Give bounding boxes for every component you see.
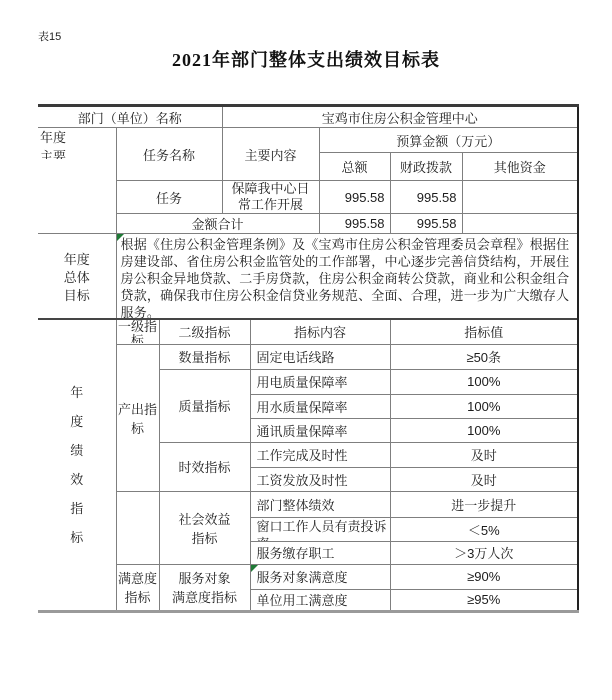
level1-group-output: 产出指标 xyxy=(116,344,159,491)
task-row-other xyxy=(462,181,578,214)
page-title: 2021年部门整体支出绩效目标表 xyxy=(0,46,612,72)
sum-row-other xyxy=(462,214,578,234)
indicator-content: 部门整体绩效 xyxy=(250,491,390,517)
level1-header: 一级指标 xyxy=(116,319,159,344)
main-content-header: 主要内容 xyxy=(222,128,319,181)
col-header-fiscal: 财政拨款 xyxy=(390,153,462,181)
indicator-content: 单位用工满意度 xyxy=(250,589,390,611)
task-row-total: 995.58 xyxy=(319,181,390,214)
indicator-value: 及时 xyxy=(390,467,578,491)
task-row-content: 保障我中心日常工作开展 xyxy=(222,181,319,214)
indicator-value: ≥50条 xyxy=(390,344,578,369)
value-header: 指标值 xyxy=(390,319,578,344)
sum-row-label: 金额合计 xyxy=(116,214,319,234)
task-row-fiscal: 995.58 xyxy=(390,181,462,214)
indicator-content: 工资发放及时性 xyxy=(250,467,390,491)
level2-group-target-satisfaction: 服务对象 满意度指标 xyxy=(159,564,250,611)
col-header-other: 其他资金 xyxy=(462,153,578,181)
indicator-value: 100% xyxy=(390,394,578,418)
indicator-content: 用电质量保障率 xyxy=(250,369,390,394)
col-header-total: 总额 xyxy=(319,153,390,181)
level2-group-timeliness: 时效指标 xyxy=(159,442,250,491)
indicator-content: 工作完成及时性 xyxy=(250,442,390,467)
annual-goal-label: 年度 总体 目标 xyxy=(38,234,116,322)
level2-group-quantity: 数量指标 xyxy=(159,344,250,369)
indicator-value: ＜5% xyxy=(390,517,578,541)
performance-indicator-table: 年 度 绩 效 指 标 一级指标 二级指标 指标内容 指标值 产出指标 数量指标… xyxy=(38,318,579,613)
content-header: 指标内容 xyxy=(250,319,390,344)
dept-name-label: 部门（单位）名称 xyxy=(38,106,222,128)
indicator-value: 100% xyxy=(390,369,578,394)
annual-goal-text: 根据《住房公积金管理条例》及《宝鸡市住房公积金管理委员会章程》根据住房建设部、省… xyxy=(116,234,578,322)
budget-amount-header: 预算金额（万元） xyxy=(319,128,578,153)
indicator-value: ≥90% xyxy=(390,564,578,589)
indicator-content: 服务缴存职工 xyxy=(250,541,390,564)
indicator-value: ＞3万人次 xyxy=(390,541,578,564)
indicator-content: 通讯质量保障率 xyxy=(250,418,390,442)
indicator-value: 及时 xyxy=(390,442,578,467)
indicator-content: 窗口工作人员有责投诉率 xyxy=(250,517,390,541)
level2-group-social: 社会效益 指标 xyxy=(159,491,250,564)
level2-header: 二级指标 xyxy=(159,319,250,344)
indicator-content: 固定电话线路 xyxy=(250,344,390,369)
indicator-content: 用水质量保障率 xyxy=(250,394,390,418)
comment-marker-icon xyxy=(251,565,258,572)
indicator-value: 100% xyxy=(390,418,578,442)
document-page: 表15 2021年部门整体支出绩效目标表 部门（单位）名称 宝鸡市住房公积金管理… xyxy=(0,0,612,700)
annual-performance-label: 年 度 绩 效 指 标 xyxy=(38,319,116,611)
indicator-value: ≥95% xyxy=(390,589,578,611)
task-name-header: 任务名称 xyxy=(116,128,222,181)
annual-task-label: 年度 主要 任务 xyxy=(38,128,116,234)
comment-marker-icon xyxy=(117,234,124,241)
dept-name-value: 宝鸡市住房公积金管理中心 xyxy=(222,106,578,128)
level1-group-blank xyxy=(116,491,159,564)
budget-summary-table: 部门（单位）名称 宝鸡市住房公积金管理中心 年度 主要 任务 任务名称 主要内容… xyxy=(38,104,579,321)
table-number-tag: 表15 xyxy=(38,28,61,44)
sum-row-fiscal: 995.58 xyxy=(390,214,462,234)
sum-row-total: 995.58 xyxy=(319,214,390,234)
level1-group-satisfaction: 满意度 指标 xyxy=(116,564,159,611)
indicator-content: 服务对象满意度 xyxy=(250,564,390,589)
indicator-value: 进一步提升 xyxy=(390,491,578,517)
task-row-name: 任务 xyxy=(116,181,222,214)
level2-group-quality: 质量指标 xyxy=(159,369,250,442)
